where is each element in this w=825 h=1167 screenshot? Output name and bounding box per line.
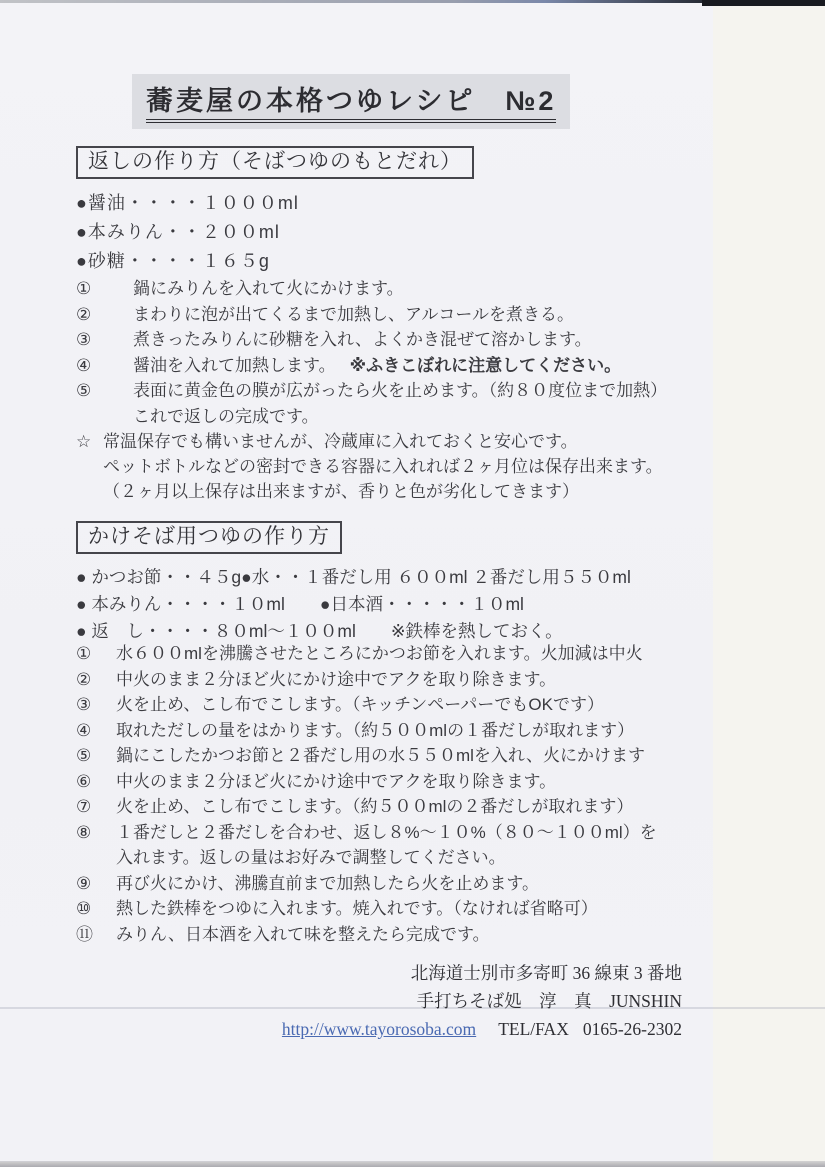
step-7: ⑦火を止め、こし布でこします。（約５００mlの２番だしが取れます） bbox=[76, 794, 696, 820]
ingredient-katsuobushi-water: ● かつお節・・４５g●水・・１番だし用 ６００ml ２番だし用５５０ml bbox=[76, 564, 696, 591]
page-title: 蕎麦屋の本格つゆレシピ №2 bbox=[146, 79, 556, 123]
step-8-continuation: 入れます。返しの量はお好みで調整してください。 bbox=[116, 845, 696, 871]
telfax-number: 0165-26-2302 bbox=[583, 1019, 682, 1039]
boil-over-warning: ※ふきこぼれに注意してください。 bbox=[350, 353, 622, 379]
title-row: 蕎麦屋の本格つゆレシピ №2 bbox=[132, 74, 696, 129]
ingredient-sugar: ●砂糖・・・・１６５g bbox=[76, 247, 696, 276]
step-3: ③煮きったみりんに砂糖を入れ、よくかき混ぜて溶かします。 bbox=[76, 327, 696, 353]
ingredient-soy-sauce: ●醤油・・・・１０００ml bbox=[76, 189, 696, 218]
step-3: ③火を止め、こし布でこします。（キッチンペーパーでもOKです） bbox=[76, 692, 696, 718]
telfax-label: TEL/FAX bbox=[498, 1019, 569, 1039]
star-icon: ☆ bbox=[76, 429, 103, 454]
recipe-document: 蕎麦屋の本格つゆレシピ №2 返しの作り方（そばつゆのもとだれ） ●醤油・・・・… bbox=[76, 0, 696, 1043]
footer: 北海道士別市多寄町 36 線東 3 番地 手打ちそば処 淳 真 JUNSHIN … bbox=[76, 959, 696, 1043]
step-4: ④醤油を入れて加熱します。※ふきこぼれに注意してください。 bbox=[76, 353, 696, 379]
step-5: ⑤鍋にこしたかつお節と２番だし用の水５５０mlを入れ、火にかけます bbox=[76, 743, 696, 769]
note-line-1: ☆常温保存でも構いませんが、冷蔵庫に入れておくと安心です。 bbox=[76, 429, 696, 454]
step-1: ①水６００mlを沸騰させたところにかつお節を入れます。火加減は中火 bbox=[76, 641, 696, 667]
ingredient-mirin-sake: ● 本みりん・・・・１０ml ●日本酒・・・・・１０ml bbox=[76, 591, 696, 618]
section1-steps: ①鍋にみりんを入れて火にかけます。 ②まわりに泡が出てくるまで加熱し、アルコール… bbox=[76, 276, 696, 429]
shop-name: 手打ちそば処 淳 真 JUNSHIN bbox=[76, 987, 682, 1015]
section2-ingredients: ● かつお節・・４５g●水・・１番だし用 ６００ml ２番だし用５５０ml ● … bbox=[76, 564, 696, 645]
scan-edge-bottom bbox=[0, 1161, 825, 1167]
step-2: ②中火のまま２分ほど火にかけ途中でアクを取り除きます。 bbox=[76, 667, 696, 693]
ingredient-mirin: ●本みりん・・２００ml bbox=[76, 218, 696, 247]
step-11: ⑪みりん、日本酒を入れて味を整えたら完成です。 bbox=[76, 922, 696, 948]
step-9: ⑨再び火にかけ、沸騰直前まで加熱したら火を止めます。 bbox=[76, 871, 696, 897]
section2-heading: かけそば用つゆの作り方 bbox=[76, 521, 342, 554]
note-line-3: （２ヶ月以上保存は出来ますが、香りと色が劣化してきます） bbox=[103, 479, 696, 504]
storage-note: ☆常温保存でも構いませんが、冷蔵庫に入れておくと安心です。 ペットボトルなどの密… bbox=[76, 429, 696, 504]
step-6: ⑥中火のまま２分ほど火にかけ途中でアクを取り除きます。 bbox=[76, 769, 696, 795]
step-1: ①鍋にみりんを入れて火にかけます。 bbox=[76, 276, 696, 302]
step-5-continuation: これで返しの完成です。 bbox=[133, 404, 696, 430]
scan-edge-top-right bbox=[702, 0, 825, 6]
section1-heading: 返しの作り方（そばつゆのもとだれ） bbox=[76, 146, 474, 179]
step-2: ②まわりに泡が出てくるまで加熱し、アルコールを煮きる。 bbox=[76, 302, 696, 328]
note-line-2: ペットボトルなどの密封できる容器に入れれば２ヶ月位は保存出来ます。 bbox=[103, 454, 696, 479]
section2-steps: ①水６００mlを沸騰させたところにかつお節を入れます。火加減は中火 ②中火のまま… bbox=[76, 641, 696, 947]
step-8: ⑧１番だしと２番だしを合わせ、返し８%～１０%（８０～１００ml）を bbox=[76, 820, 696, 846]
step-4: ④取れただしの量をはかります。（約５００mlの１番だしが取れます） bbox=[76, 718, 696, 744]
website-url: http://www.tayorosoba.com bbox=[282, 1019, 476, 1039]
shop-address: 北海道士別市多寄町 36 線東 3 番地 bbox=[76, 959, 682, 987]
contact-line: http://www.tayorosoba.comTEL/FAX0165-26-… bbox=[76, 1015, 682, 1043]
step-10: ⑩熱した鉄棒をつゆに入れます。焼入れです。（なければ省略可） bbox=[76, 896, 696, 922]
title-highlight: 蕎麦屋の本格つゆレシピ №2 bbox=[132, 74, 570, 129]
step-5: ⑤表面に黄金色の膜が広がったら火を止めます。（約８０度位まで加熱） bbox=[76, 378, 696, 404]
section1-ingredients: ●醤油・・・・１０００ml ●本みりん・・２００ml ●砂糖・・・・１６５g bbox=[76, 189, 696, 276]
